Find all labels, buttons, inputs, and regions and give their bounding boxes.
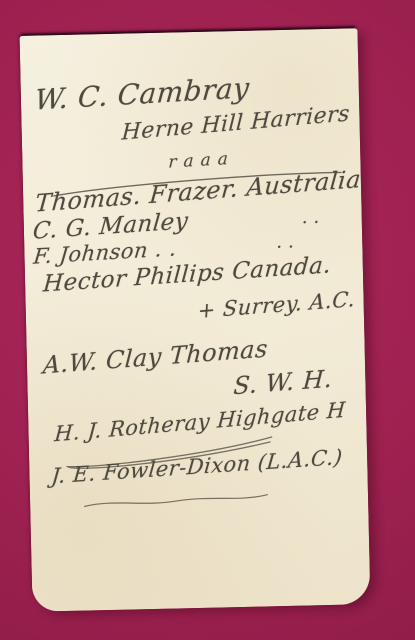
photo-background: W. C. Cambray Herne Hill Harriers raaa T… <box>0 0 415 640</box>
ink-scribble: raaa <box>168 149 235 173</box>
signature-cambray: W. C. Cambray <box>34 71 251 117</box>
club-swh: S. W. H. <box>233 365 334 401</box>
flourish-underline <box>82 489 272 512</box>
album-page: W. C. Cambray Herne Hill Harriers raaa T… <box>20 28 371 612</box>
signature-thomas-frazer: Thomas. Frazer. Australia <box>34 165 362 218</box>
ditto-marks-1: ·· <box>302 212 326 234</box>
club-surrey-ac: + Surrey. A.C. <box>197 287 356 323</box>
